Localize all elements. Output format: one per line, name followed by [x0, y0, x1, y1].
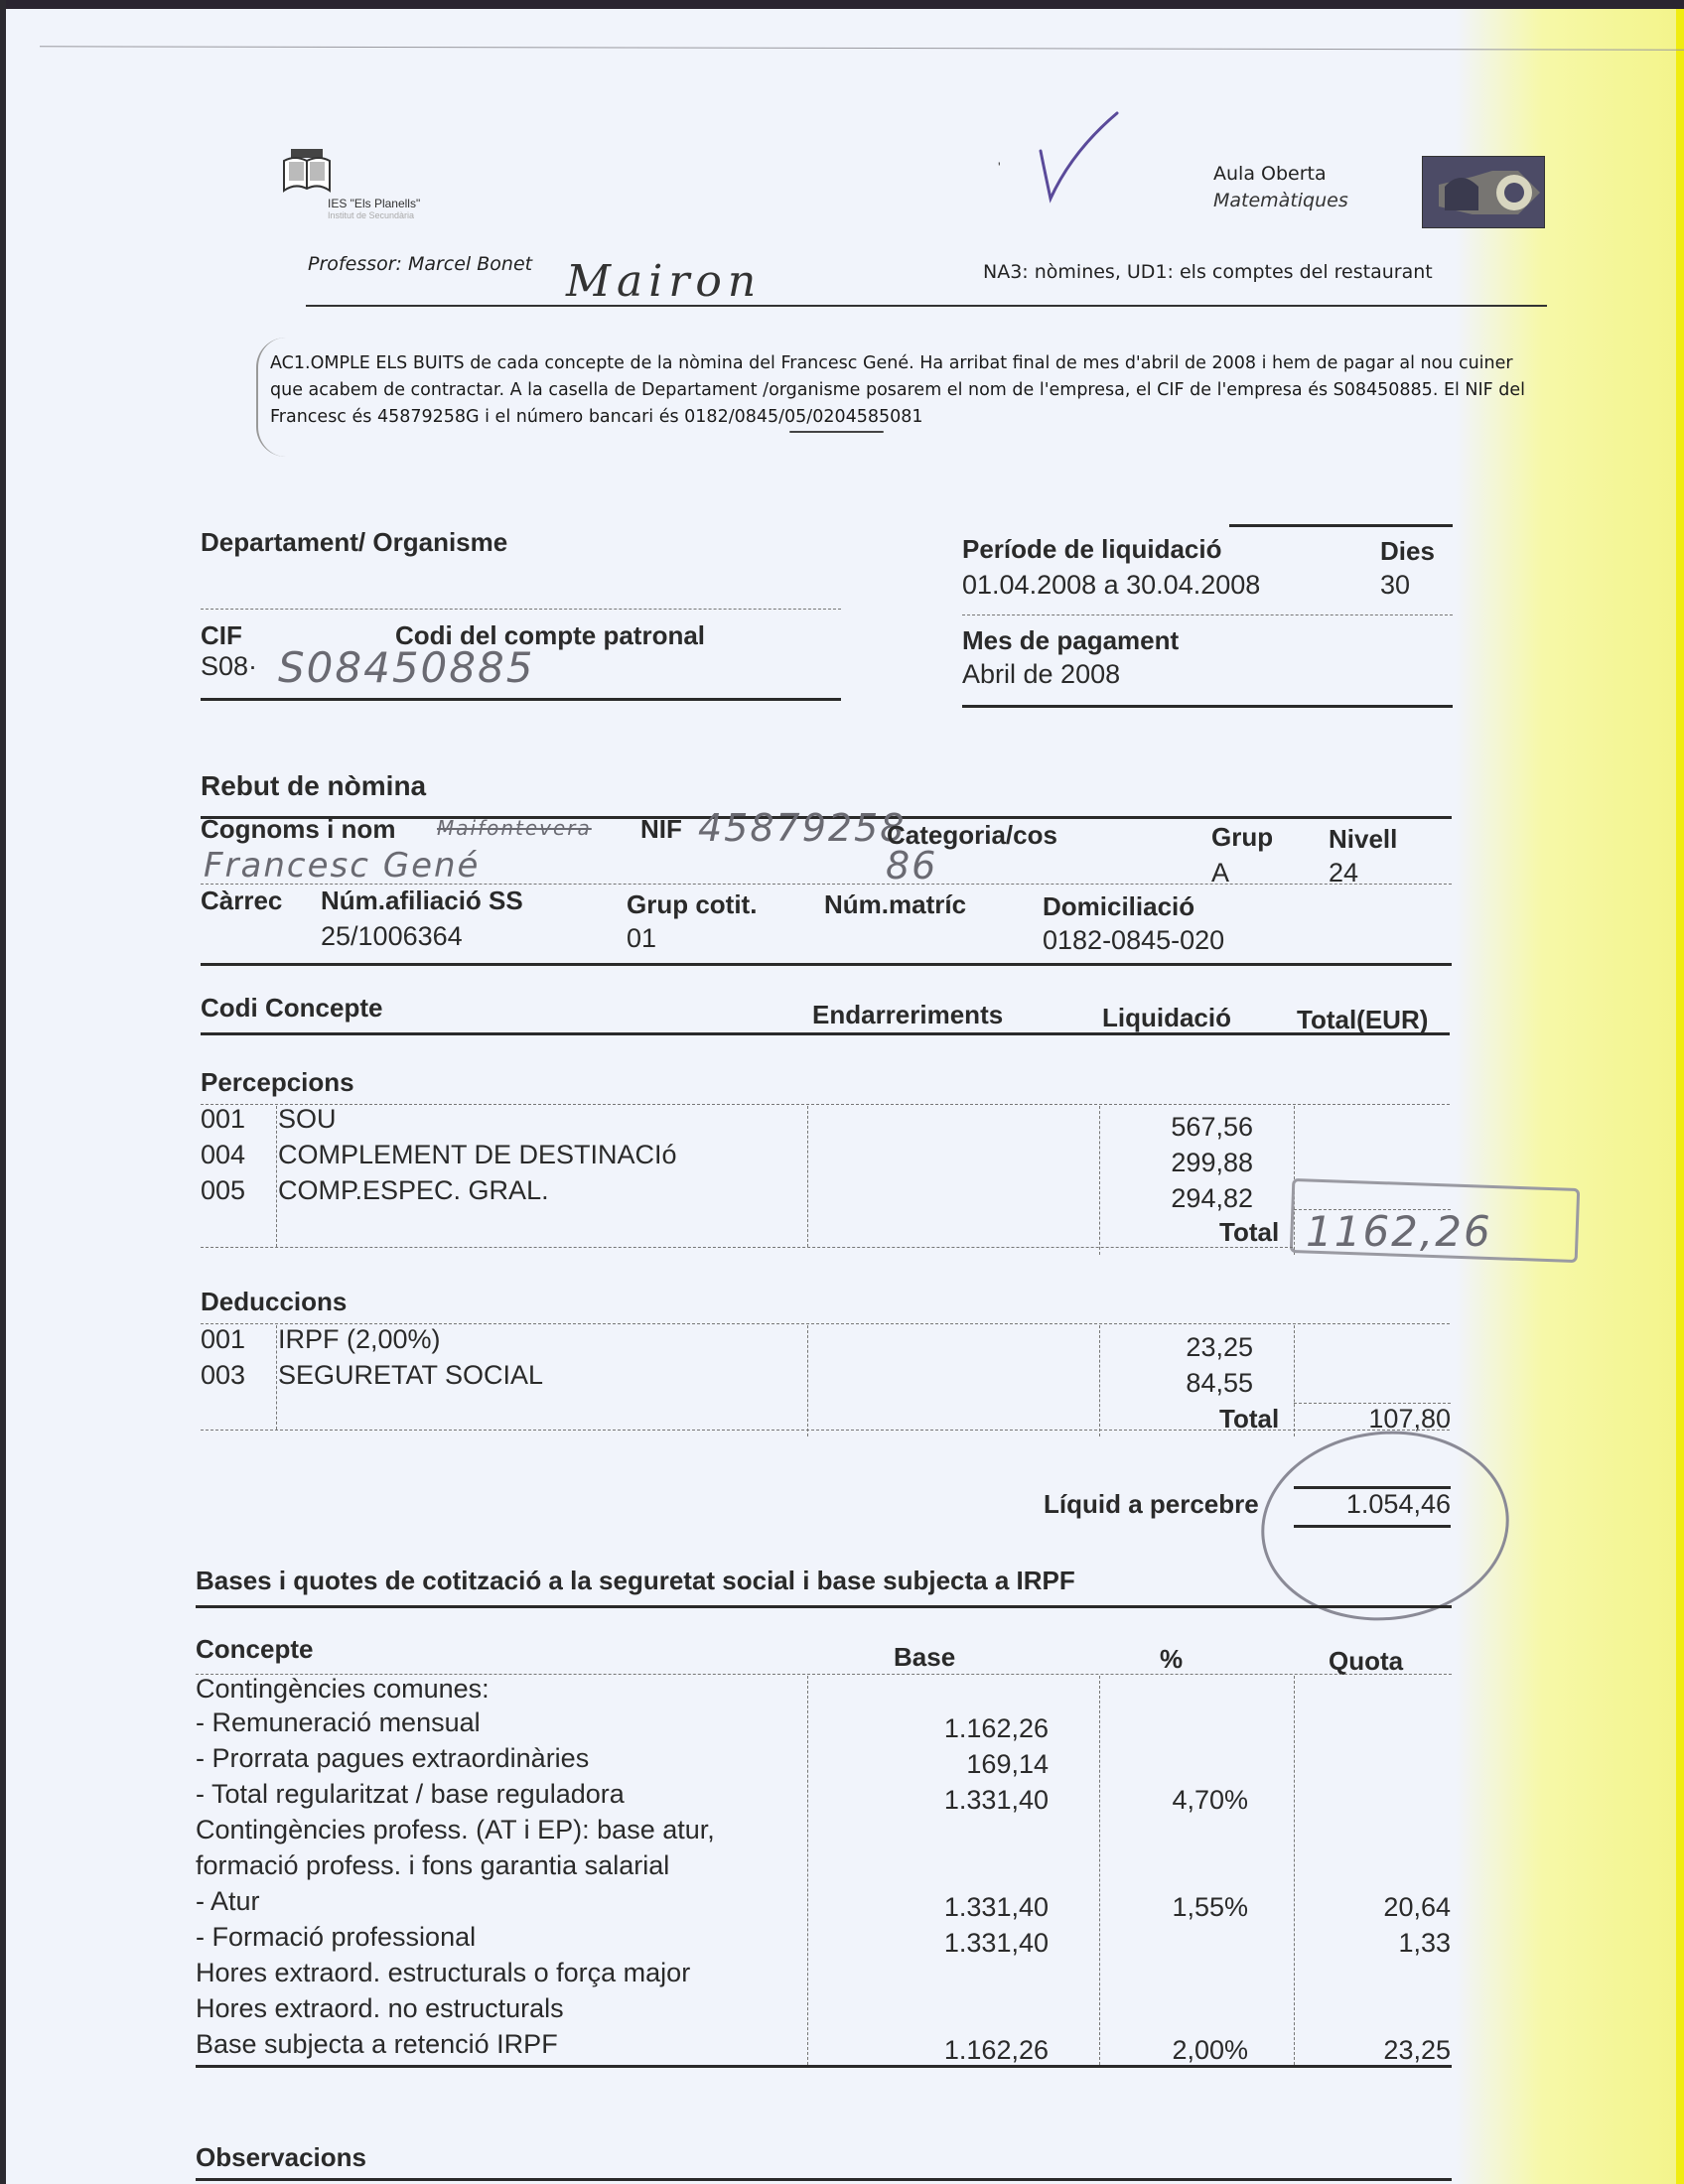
period-label: Període de liquidació: [962, 534, 1222, 565]
observations-title: Observacions: [196, 2142, 366, 2173]
course-subject: Matemàtiques: [1213, 190, 1348, 211]
payment-month-value: Abril de 2008: [962, 659, 1120, 690]
bases-concept: Hores extraord. no estructurals: [196, 1993, 564, 2024]
earnings-bottom-rule: [201, 1247, 1293, 1248]
category-handwritten[interactable]: 86: [886, 844, 937, 887]
row-concept: COMP.ESPEC. GRAL.: [278, 1175, 549, 1206]
cif-handwritten[interactable]: S08450885: [278, 643, 534, 692]
pencil-dot: ': [998, 159, 1001, 175]
col-divider: [1294, 1676, 1295, 2065]
col-divider: [1099, 1325, 1100, 1436]
bases-concept: - Total regularitzat / base reguladora: [196, 1779, 625, 1810]
cif-printed: S08·: [201, 651, 257, 682]
bases-quota: 1,33: [1294, 1928, 1451, 1959]
deductions-bottom-rule: [201, 1430, 1450, 1431]
row-code: 005: [201, 1175, 245, 1206]
bases-concept: Base subjecta a retenció IRPF: [196, 2029, 558, 2060]
col-divider: [807, 1325, 808, 1436]
bases-pct: 4,70%: [1099, 1785, 1248, 1816]
bases-concept: Contingències comunes:: [196, 1674, 490, 1705]
arrears-header: Endarreriments: [812, 1000, 1003, 1030]
settlement-header: Liquidació: [1102, 1003, 1231, 1033]
scan-border-left: [0, 0, 6, 2184]
name-handwritten[interactable]: Francesc Gené: [204, 846, 480, 886]
ss-number-value: 25/1006364: [321, 921, 463, 952]
matric-label: Núm.matríc: [824, 889, 966, 920]
observations-rule: [196, 2178, 1452, 2181]
period-rule: [962, 614, 1453, 615]
bank-label: Domiciliació: [1043, 891, 1194, 922]
row-settlement: 23,25: [1099, 1332, 1253, 1363]
bases-quota: 23,25: [1294, 2035, 1451, 2066]
page-top-rule: [40, 46, 1684, 50]
bases-base: 1.162,26: [807, 2035, 1049, 2066]
cif-label: CIF: [201, 620, 242, 651]
nif-handwritten[interactable]: 45879258: [698, 806, 906, 850]
period-value: 01.04.2008 a 30.04.2008: [962, 570, 1260, 601]
name-struck: Maifontevera: [437, 816, 592, 840]
col-divider: [807, 1106, 808, 1247]
net-label: Líquid a percebre: [1044, 1489, 1259, 1520]
bases-concept-header: Concepte: [196, 1634, 313, 1665]
bases-bottom-rule: [196, 2065, 1452, 2068]
earnings-title: Percepcions: [201, 1067, 354, 1098]
compass-logo-icon: [1422, 156, 1545, 228]
bases-concept: formació profess. i fons garantia salari…: [196, 1850, 669, 1881]
pencil-underline: [789, 431, 884, 433]
row-code: 003: [201, 1360, 245, 1391]
earnings-total-label: Total: [1219, 1217, 1279, 1248]
cot-group-label: Grup cotit.: [627, 889, 757, 920]
post-label: Càrrec: [201, 886, 282, 916]
row-settlement: 294,82: [1099, 1183, 1253, 1214]
earnings-top-rule: [201, 1104, 1450, 1105]
receipt-mid-rule: [201, 884, 1452, 885]
payment-rule: [962, 705, 1453, 708]
bases-base: 1.331,40: [807, 1785, 1049, 1816]
bases-concept: - Formació professional: [196, 1922, 476, 1953]
bases-concept: Hores extraord. estructurals o força maj…: [196, 1958, 690, 1988]
course-title: Aula Oberta: [1213, 163, 1327, 185]
payment-month-label: Mes de pagament: [962, 625, 1179, 656]
col-divider: [276, 1106, 277, 1247]
row-settlement: 299,88: [1099, 1148, 1253, 1178]
col-divider: [807, 1676, 808, 2065]
name-label: Cognoms i nom: [201, 814, 395, 845]
row-concept: COMPLEMENT DE DESTINACIó: [278, 1140, 677, 1170]
deductions-title: Deduccions: [201, 1287, 347, 1317]
bases-base: 1.331,40: [807, 1892, 1049, 1923]
bases-concept: Contingències profess. (AT i EP): base a…: [196, 1815, 715, 1845]
row-concept: SOU: [278, 1104, 337, 1135]
employer-rule: [201, 698, 841, 701]
row-code: 001: [201, 1324, 245, 1355]
code-concept-header: Codi Concepte: [201, 993, 382, 1024]
bases-pct: 1,55%: [1099, 1892, 1248, 1923]
receipt-bottom-rule: [201, 963, 1452, 966]
department-label: Departament/ Organisme: [201, 527, 507, 558]
earnings-total-handwritten[interactable]: 1162,26: [1306, 1207, 1492, 1256]
school-name: IES "Els Planells": [328, 197, 420, 210]
instructions-lead: AC1.OMPLE ELS BUITS: [270, 353, 465, 373]
scan-border-top: [0, 0, 1684, 9]
department-field-line[interactable]: [201, 609, 841, 610]
period-top-rule: [1229, 524, 1453, 527]
days-label: Dies: [1380, 536, 1435, 567]
student-signature: Mairon: [566, 256, 762, 307]
row-code: 001: [201, 1104, 245, 1135]
bases-base-header: Base: [894, 1642, 955, 1673]
checkmark-icon: [1033, 111, 1122, 205]
bases-base: 1.162,26: [807, 1713, 1049, 1744]
bases-title-rule: [196, 1605, 1452, 1608]
row-settlement: 567,56: [1099, 1112, 1253, 1143]
bases-pct: 2,00%: [1099, 2035, 1248, 2066]
level-label: Nivell: [1329, 824, 1397, 855]
bases-quota-header: Quota: [1329, 1646, 1403, 1677]
unit-title: NA3: nòmines, UD1: els comptes del resta…: [983, 261, 1433, 283]
col-divider: [276, 1325, 277, 1430]
yellow-edge: [1676, 9, 1684, 2184]
bases-base: 169,14: [807, 1749, 1049, 1780]
bases-pct-header: %: [1160, 1644, 1183, 1675]
yellow-highlight-band: [1456, 9, 1684, 2184]
bases-quota: 20,64: [1294, 1892, 1451, 1923]
bank-value: 0182-0845-020: [1043, 925, 1224, 956]
bases-base: 1.331,40: [807, 1928, 1049, 1959]
nif-label: NIF: [640, 814, 682, 845]
row-concept: IRPF (2,00%): [278, 1324, 441, 1355]
bases-title: Bases i quotes de cotització a la segure…: [196, 1566, 1075, 1596]
bases-concept: - Prorrata pagues extraordinàries: [196, 1743, 589, 1774]
cot-group-value: 01: [627, 923, 656, 954]
row-settlement: 84,55: [1099, 1368, 1253, 1399]
row-concept: SEGURETAT SOCIAL: [278, 1360, 543, 1391]
receipt-title: Rebut de nòmina: [201, 770, 426, 802]
group-label: Grup: [1211, 822, 1273, 853]
bases-concept: - Remuneració mensual: [196, 1707, 481, 1738]
header-rule: [306, 305, 1547, 307]
col-divider: [1099, 1676, 1100, 2065]
total-header: Total(EUR): [1297, 1005, 1428, 1035]
bases-concept: - Atur: [196, 1886, 260, 1917]
days-value: 30: [1380, 570, 1410, 601]
concepts-header-rule: [201, 1032, 1450, 1035]
school-subtitle: Institut de Secundària: [328, 210, 414, 220]
professor-name: Professor: Marcel Bonet: [308, 253, 532, 275]
instructions: AC1.OMPLE ELS BUITS de cada concepte de …: [270, 350, 1541, 431]
row-code: 004: [201, 1140, 245, 1170]
open-book-icon: [281, 147, 333, 195]
ss-number-label: Núm.afiliació SS: [321, 886, 523, 916]
col-divider: [1099, 1106, 1100, 1255]
